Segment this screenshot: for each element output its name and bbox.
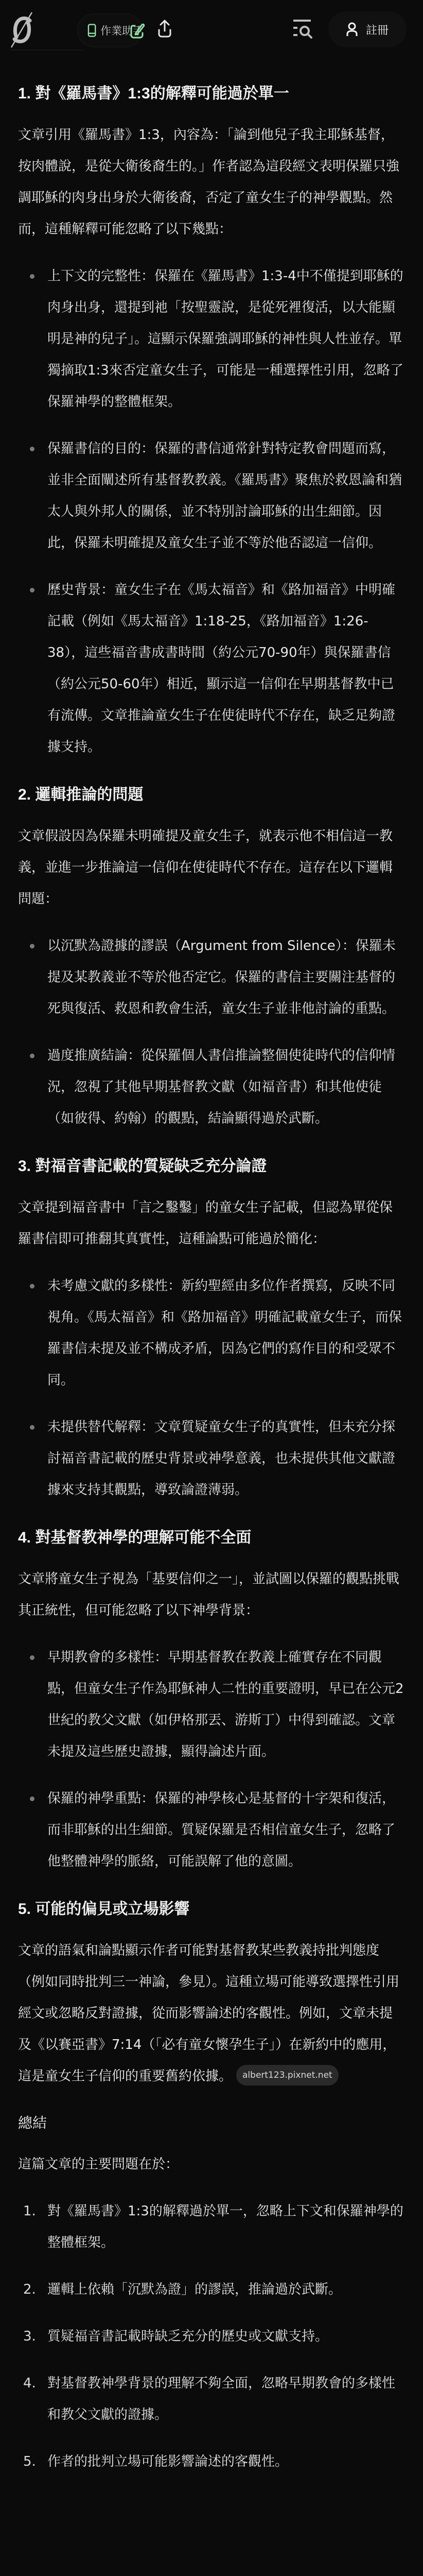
list-item: 2.邏輯上依賴「沉默為證」的謬誤，推論過於武斷。 (18, 2274, 405, 2306)
summary-heading: 總結 (18, 2113, 405, 2133)
list-text: 邏輯上依賴「沉默為證」的謬誤，推論過於武斷。 (47, 2282, 342, 2297)
header-divider (10, 49, 85, 50)
section-intro: 文章假設因為保羅未明確提及童女生子，就表示他不相信這一教義，並進一步推論這一信仰… (18, 821, 405, 915)
list-text: 質疑福音書記載時缺乏充分的歷史或文獻支持。 (47, 2329, 328, 2344)
register-label: 註冊 (366, 22, 389, 38)
section-heading: 4. 對基督教神學的理解可能不全面 (18, 1528, 405, 1548)
section-intro: 文章提到福音書中「言之鑿鑿」的童女生子記載，但認為單從保羅書信即可推翻其真實性，… (18, 1192, 405, 1255)
list-number: 4. (23, 2368, 36, 2399)
section-intro: 文章的語氣和論點顯示作者可能對基督教某些教義持批判態度（例如同時批判三一神論，參… (18, 1935, 405, 2092)
list-item: 保羅書信的目的：保羅的書信通常針對特定教會問題而寫，並非全面闡述所有基督教教義。… (18, 433, 405, 559)
section-heading: 3. 對福音書記載的質疑缺乏充分論證 (18, 1156, 405, 1177)
section-bullets: 未考慮文獻的多樣性：新約聖經由多位作者撰寫，反映不同視角。《馬太福音》和《路加福… (18, 1270, 405, 1506)
list-number: 2. (23, 2274, 36, 2306)
homework-assistant-button[interactable]: 作業助手 (77, 13, 143, 47)
list-item: 早期教會的多樣性：早期基督教在教義上確實存在不同觀點，但童女生子作為耶穌神人二性… (18, 1642, 405, 1768)
article-content: 1. 對《羅馬書》1:3的解釋可能過於單一 文章引用《羅馬書》1:3，內容為：「… (0, 83, 423, 2520)
list-item: 3.質疑福音書記載時缺乏充分的歷史或文獻支持。 (18, 2321, 405, 2352)
book-icon (87, 23, 96, 38)
section-heading: 2. 邏輯推論的問題 (18, 785, 405, 805)
edit-pencil-icon (130, 23, 145, 39)
register-button[interactable]: 註冊 (328, 11, 407, 47)
list-text: 對基督教神學背景的理解不夠全面，忽略早期教會的多樣性和教父文獻的證據。 (47, 2376, 395, 2422)
list-item: 過度推廣結論：從保羅個人書信推論整個使徒時代的信仰情況，忽視了其他早期基督教文獻… (18, 1040, 405, 1134)
list-number: 5. (23, 2446, 36, 2478)
list-item: 4.對基督教神學背景的理解不夠全面，忽略早期教會的多樣性和教父文獻的證據。 (18, 2368, 405, 2431)
section-intro-text: 文章的語氣和論點顯示作者可能對基督教某些教義持批判態度（例如同時批判三一神論，參… (18, 1943, 399, 2084)
section-bullets: 早期教會的多樣性：早期基督教在教義上確實存在不同觀點，但童女生子作為耶穌神人二性… (18, 1642, 405, 1877)
top-header: 作業助手 註冊 (0, 0, 423, 62)
list-item: 5.作者的批判立場可能影響論述的客觀性。 (18, 2446, 405, 2478)
list-item: 歷史背景：童女生子在《馬太福音》和《路加福音》中明確記載（例如《馬太福音》1:1… (18, 574, 405, 763)
share-upload-icon[interactable] (157, 19, 172, 38)
list-number: 1. (23, 2196, 36, 2227)
section-intro: 文章引用《羅馬書》1:3，內容為：「論到他兒子我主耶穌基督，按肉體說，是從大衛後… (18, 120, 405, 245)
section-heading: 5. 可能的偏見或立場影響 (18, 1899, 405, 1920)
section-intro: 文章將童女生子視為「基要信仰之一」，並試圖以保羅的觀點挑戰其正統性，但可能忽略了… (18, 1564, 405, 1626)
user-icon (346, 22, 358, 37)
list-text: 作者的批判立場可能影響論述的客觀性。 (47, 2454, 288, 2469)
list-search-icon[interactable] (292, 19, 313, 39)
list-item: 1.對《羅馬書》1:3的解釋過於單一，忽略上下文和保羅神學的整體框架。 (18, 2196, 405, 2259)
app-logo-icon[interactable] (9, 11, 34, 48)
source-link-chip[interactable]: albert123.pixnet.net (236, 2065, 339, 2086)
section-bullets: 以沉默為證據的謬誤（Argument from Silence）：保羅未提及某教… (18, 930, 405, 1134)
list-number: 3. (23, 2321, 36, 2352)
summary-list: 1.對《羅馬書》1:3的解釋過於單一，忽略上下文和保羅神學的整體框架。 2.邏輯… (18, 2196, 405, 2478)
section-heading: 1. 對《羅馬書》1:3的解釋可能過於單一 (18, 83, 405, 104)
list-item: 上下文的完整性：保羅在《羅馬書》1:3-4中不僅提到耶穌的肉身出身，還提到祂「按… (18, 261, 405, 418)
summary-intro: 這篇文章的主要問題在於： (18, 2149, 405, 2180)
list-item: 未提供替代解釋：文章質疑童女生子的真實性，但未充分探討福音書記載的歷史背景或神學… (18, 1412, 405, 1506)
list-item: 未考慮文獻的多樣性：新約聖經由多位作者撰寫，反映不同視角。《馬太福音》和《路加福… (18, 1270, 405, 1396)
list-item: 以沉默為證據的謬誤（Argument from Silence）：保羅未提及某教… (18, 930, 405, 1025)
list-text: 對《羅馬書》1:3的解釋過於單一，忽略上下文和保羅神學的整體框架。 (47, 2204, 403, 2250)
section-bullets: 上下文的完整性：保羅在《羅馬書》1:3-4中不僅提到耶穌的肉身出身，還提到祂「按… (18, 261, 405, 763)
list-item: 保羅的神學重點：保羅的神學核心是基督的十字架和復活，而非耶穌的出生細節。質疑保羅… (18, 1783, 405, 1877)
